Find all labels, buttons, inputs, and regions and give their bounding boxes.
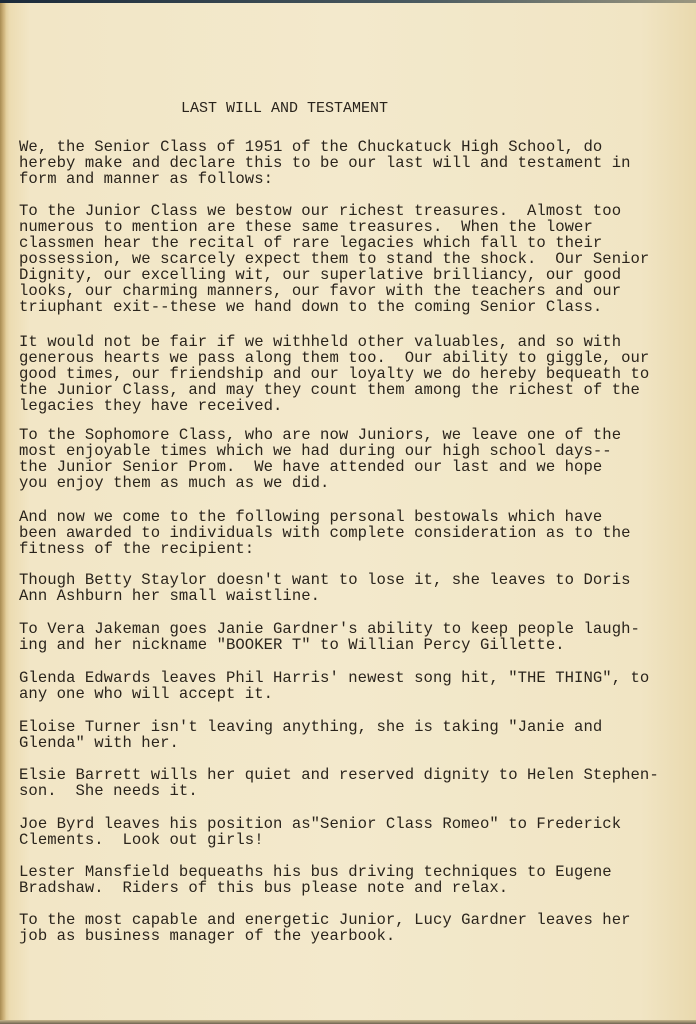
- text-line: been awarded to individuals with complet…: [19, 525, 631, 541]
- text-line: Glenda" with her.: [19, 735, 602, 751]
- text-line: legacies they have received.: [19, 398, 649, 414]
- text-line: Glenda Edwards leaves Phil Harris' newes…: [19, 670, 649, 686]
- text-line: form and manner as follows:: [19, 171, 631, 187]
- text-line: the Junior Class, and may they count the…: [19, 382, 649, 398]
- paragraph: Glenda Edwards leaves Phil Harris' newes…: [19, 670, 649, 702]
- text-line: you enjoy them as much as we did.: [19, 475, 621, 491]
- text-line: Joe Byrd leaves his position as"Senior C…: [19, 816, 621, 832]
- text-line: Dignity, our excelling wit, our superlat…: [19, 267, 649, 283]
- text-line: Clements. Look out girls!: [19, 832, 621, 848]
- paragraph: We, the Senior Class of 1951 of the Chuc…: [19, 139, 631, 187]
- text-line: good times, our friendship and our loyal…: [19, 366, 649, 382]
- text-line: To the most capable and energetic Junior…: [19, 912, 631, 928]
- paragraph: Eloise Turner isn't leaving anything, sh…: [19, 719, 602, 751]
- text-line: the Junior Senior Prom. We have attended…: [19, 459, 621, 475]
- text-line: ing and her nickname "BOOKER T" to Willi…: [19, 637, 640, 653]
- text-line: Elsie Barrett wills her quiet and reserv…: [19, 767, 659, 783]
- paragraph: To the Sophomore Class, who are now Juni…: [19, 427, 621, 491]
- text-line: generous hearts we pass along them too. …: [19, 350, 649, 366]
- binding-edge: [0, 0, 6, 1024]
- document-title: LAST WILL AND TESTAMENT: [181, 100, 388, 117]
- paragraph: Elsie Barrett wills her quiet and reserv…: [19, 767, 659, 799]
- paragraph: To the Junior Class we bestow our riches…: [19, 203, 649, 315]
- text-line: job as business manager of the yearbook.: [19, 928, 631, 944]
- text-line: possession, we scarcely expect them to s…: [19, 251, 649, 267]
- paragraph: And now we come to the following persona…: [19, 509, 631, 557]
- bottom-edge: [0, 1020, 696, 1024]
- top-edge: [0, 0, 696, 3]
- text-line: We, the Senior Class of 1951 of the Chuc…: [19, 139, 631, 155]
- paragraph: Though Betty Staylor doesn't want to los…: [19, 572, 631, 604]
- text-line: And now we come to the following persona…: [19, 509, 631, 525]
- text-line: Ann Ashburn her small waistline.: [19, 588, 631, 604]
- text-line: fitness of the recipient:: [19, 541, 631, 557]
- text-line: most enjoyable times which we had during…: [19, 443, 621, 459]
- text-line: Eloise Turner isn't leaving anything, sh…: [19, 719, 602, 735]
- paragraph: To Vera Jakeman goes Janie Gardner's abi…: [19, 621, 640, 653]
- paragraph: It would not be fair if we withheld othe…: [19, 334, 649, 414]
- text-line: It would not be fair if we withheld othe…: [19, 334, 649, 350]
- paragraph: Lester Mansfield bequeaths his bus drivi…: [19, 864, 612, 896]
- text-line: To the Junior Class we bestow our riches…: [19, 203, 649, 219]
- text-line: hereby make and declare this to be our l…: [19, 155, 631, 171]
- text-line: triuphant exit--these we hand down to th…: [19, 299, 649, 315]
- text-line: Though Betty Staylor doesn't want to los…: [19, 572, 631, 588]
- text-line: To the Sophomore Class, who are now Juni…: [19, 427, 621, 443]
- text-line: numerous to mention are these same treas…: [19, 219, 649, 235]
- text-line: To Vera Jakeman goes Janie Gardner's abi…: [19, 621, 640, 637]
- text-line: any one who will accept it.: [19, 686, 649, 702]
- text-line: Lester Mansfield bequeaths his bus drivi…: [19, 864, 612, 880]
- text-line: looks, our charming manners, our favor w…: [19, 283, 649, 299]
- paragraph: Joe Byrd leaves his position as"Senior C…: [19, 816, 621, 848]
- text-line: Bradshaw. Riders of this bus please note…: [19, 880, 612, 896]
- paragraph: To the most capable and energetic Junior…: [19, 912, 631, 944]
- text-line: classmen hear the recital of rare legaci…: [19, 235, 649, 251]
- text-line: son. She needs it.: [19, 783, 659, 799]
